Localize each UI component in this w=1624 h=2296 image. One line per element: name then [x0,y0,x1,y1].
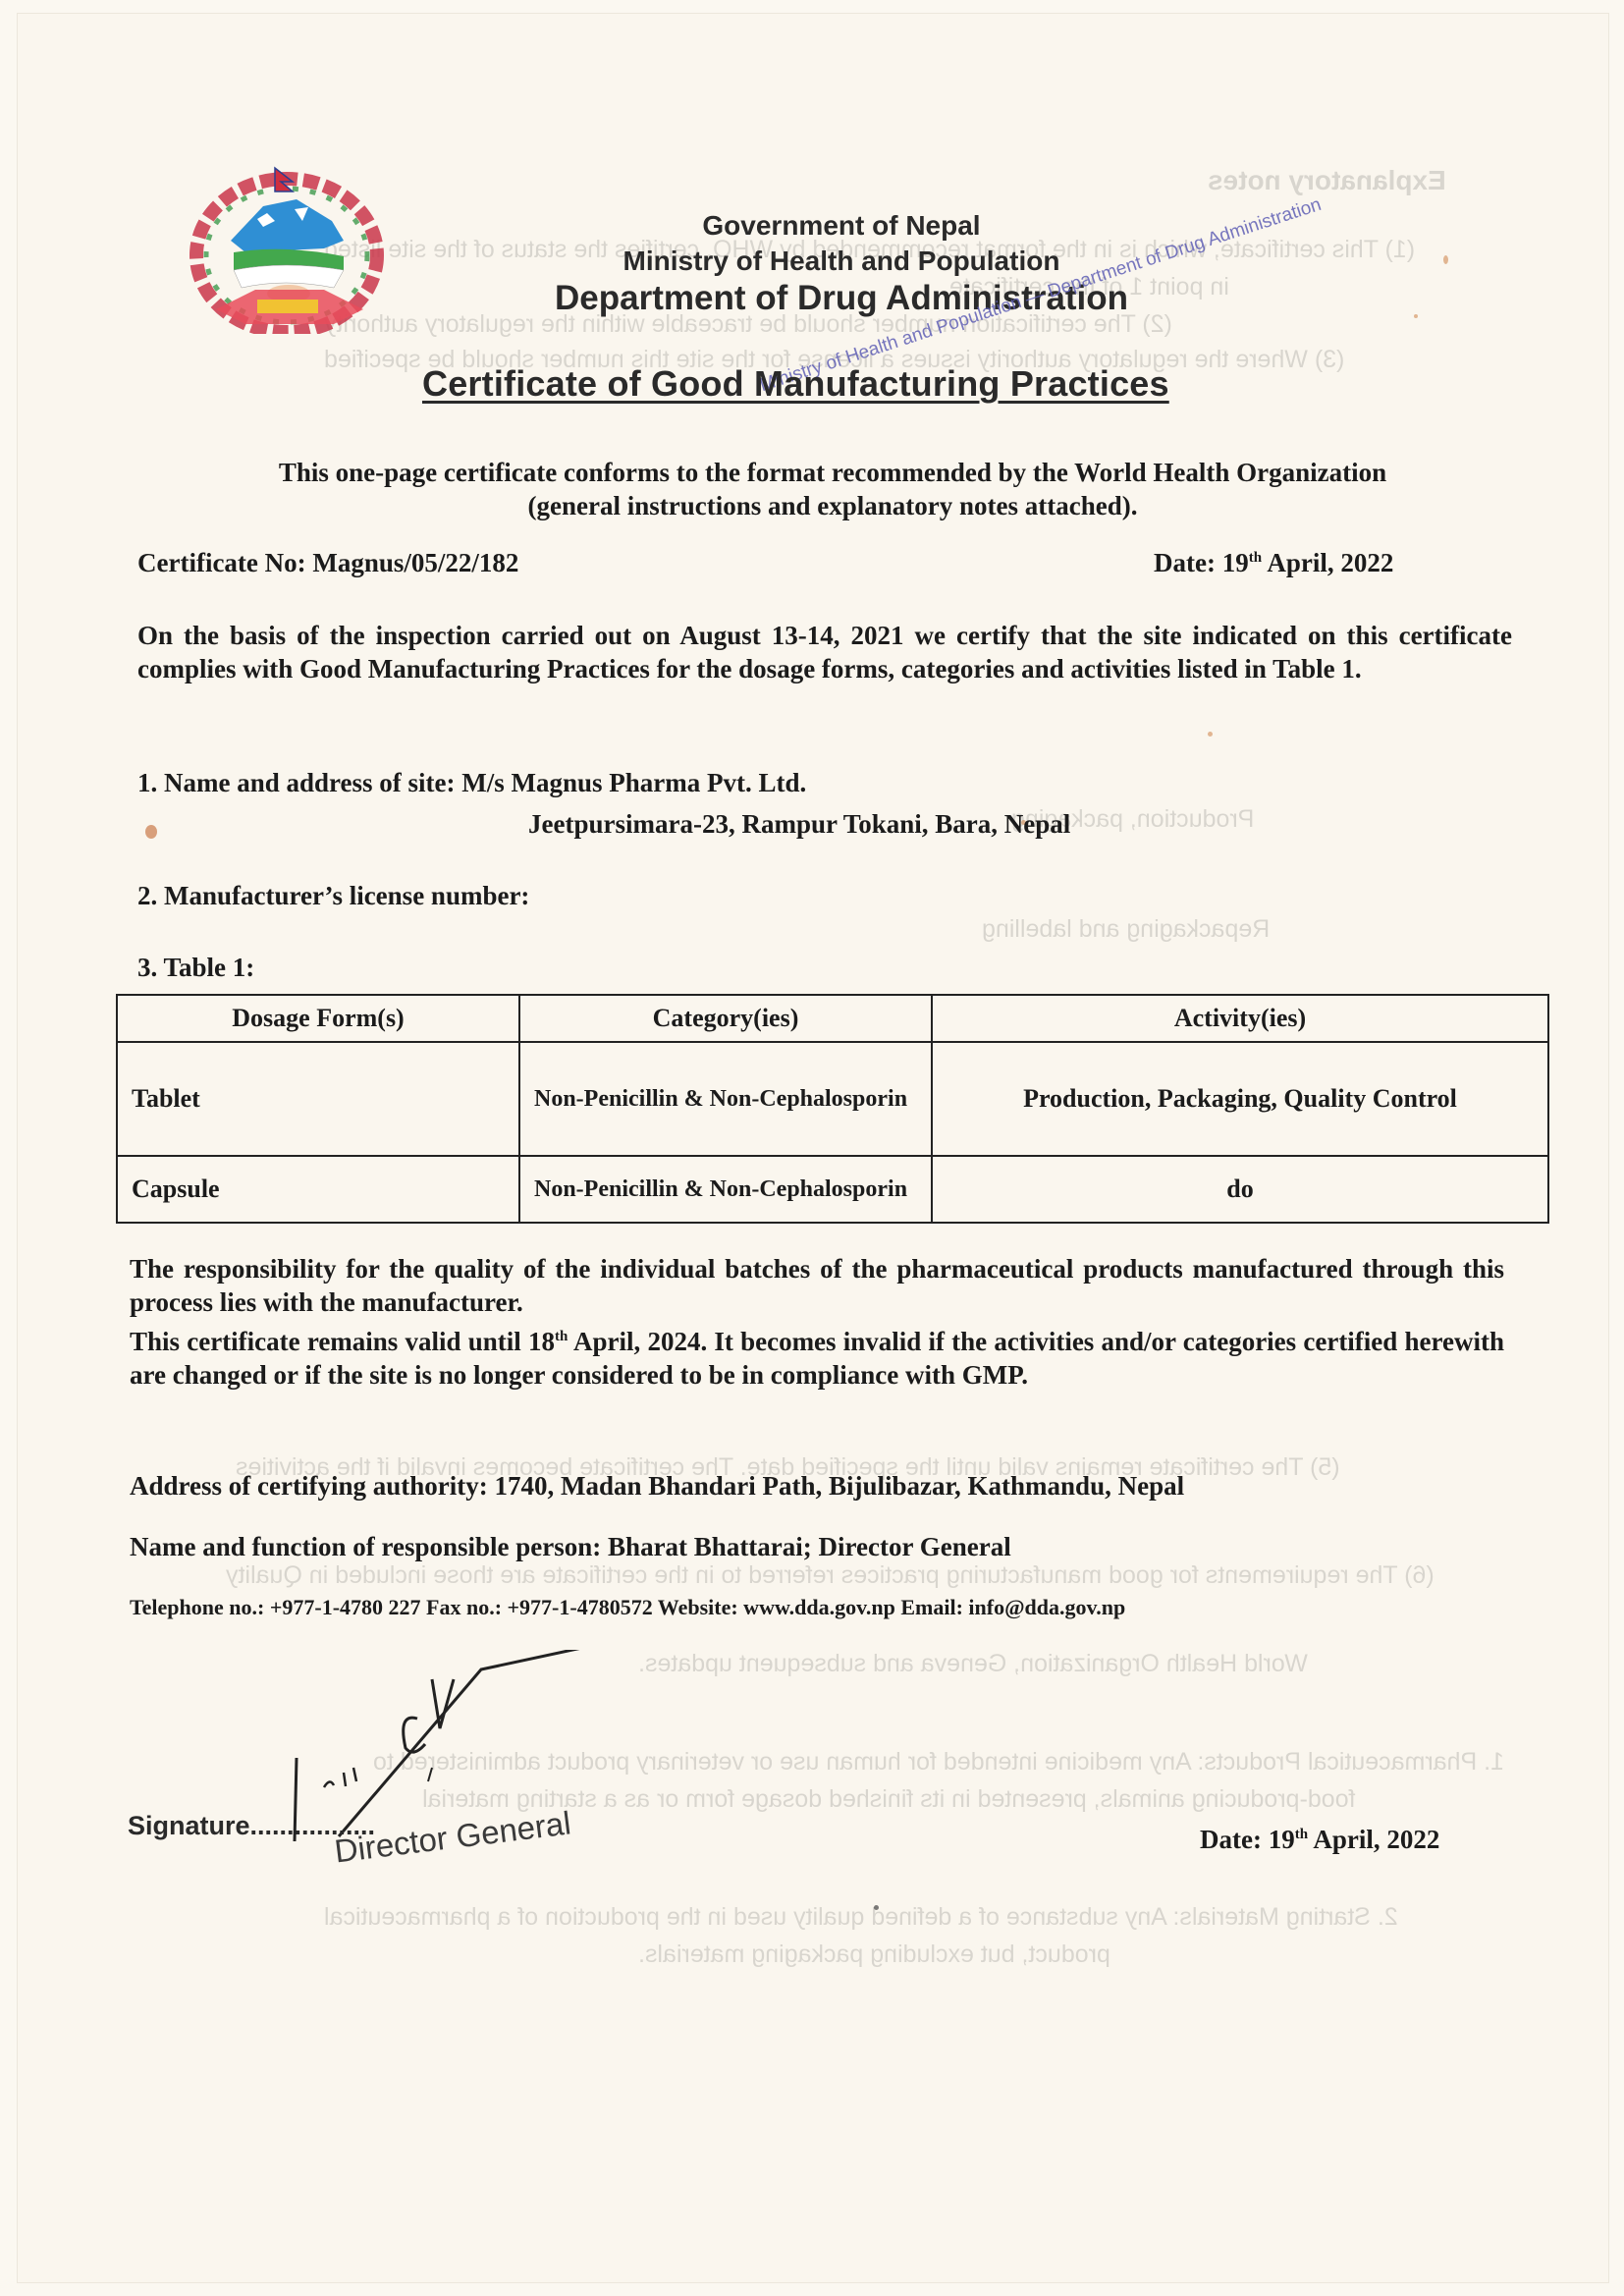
certificate-number: Certificate No: Magnus/05/22/182 [137,546,518,579]
gmp-table: Dosage Form(s) Category(ies) Activity(ie… [116,994,1549,1224]
signature-date: Date: 19th April, 2022 [1200,1823,1439,1856]
dosage-form-cell: Capsule [117,1156,519,1223]
column-header: Dosage Form(s) [117,995,519,1042]
category-cell: Non-Penicillin & Non-Cephalosporin [519,1042,932,1156]
column-header: Category(ies) [519,995,932,1042]
responsible-person: Name and function of responsible person:… [130,1530,1011,1563]
dosage-form-cell: Tablet [117,1042,519,1156]
intro-line-1: This one-page certificate conforms to th… [116,456,1549,489]
authority-address: Address of certifying authority: 1740, M… [130,1469,1184,1503]
government-heading: Government of Nepal [0,210,1624,242]
category-cell: Non-Penicillin & Non-Cephalosporin [519,1156,932,1223]
site-address: Jeetpursimara-23, Rampur Tokani, Bara, N… [528,807,1070,841]
certification-statement: On the basis of the inspection carried o… [137,619,1512,685]
column-header: Activity(ies) [932,995,1548,1042]
certificate-title: Certificate of Good Manufacturing Practi… [422,363,1169,405]
table-row: Tablet Non-Penicillin & Non-Cephalospori… [117,1042,1548,1156]
certificate-date: Date: 19th April, 2022 [1154,546,1393,579]
department-heading: Department of Drug Administration [0,279,1624,318]
ministry-heading: Ministry of Health and Population [0,246,1624,277]
site-name: 1. Name and address of site: M/s Magnus … [137,766,806,799]
contact-details: Telephone no.: +977-1-4780 227 Fax no.: … [130,1591,1125,1624]
validity-statement: This certificate remains valid until 18t… [130,1325,1504,1392]
table-label: 3. Table 1: [137,951,254,984]
license-number-label: 2. Manufacturer’s license number: [137,879,529,912]
responsibility-statement: The responsibility for the quality of th… [130,1252,1504,1319]
activity-cell: do [932,1156,1548,1223]
activity-cell: Production, Packaging, Quality Control [932,1042,1548,1156]
intro-line-2: (general instructions and explanatory no… [116,489,1549,522]
table-row: Capsule Non-Penicillin & Non-Cephalospor… [117,1156,1548,1223]
